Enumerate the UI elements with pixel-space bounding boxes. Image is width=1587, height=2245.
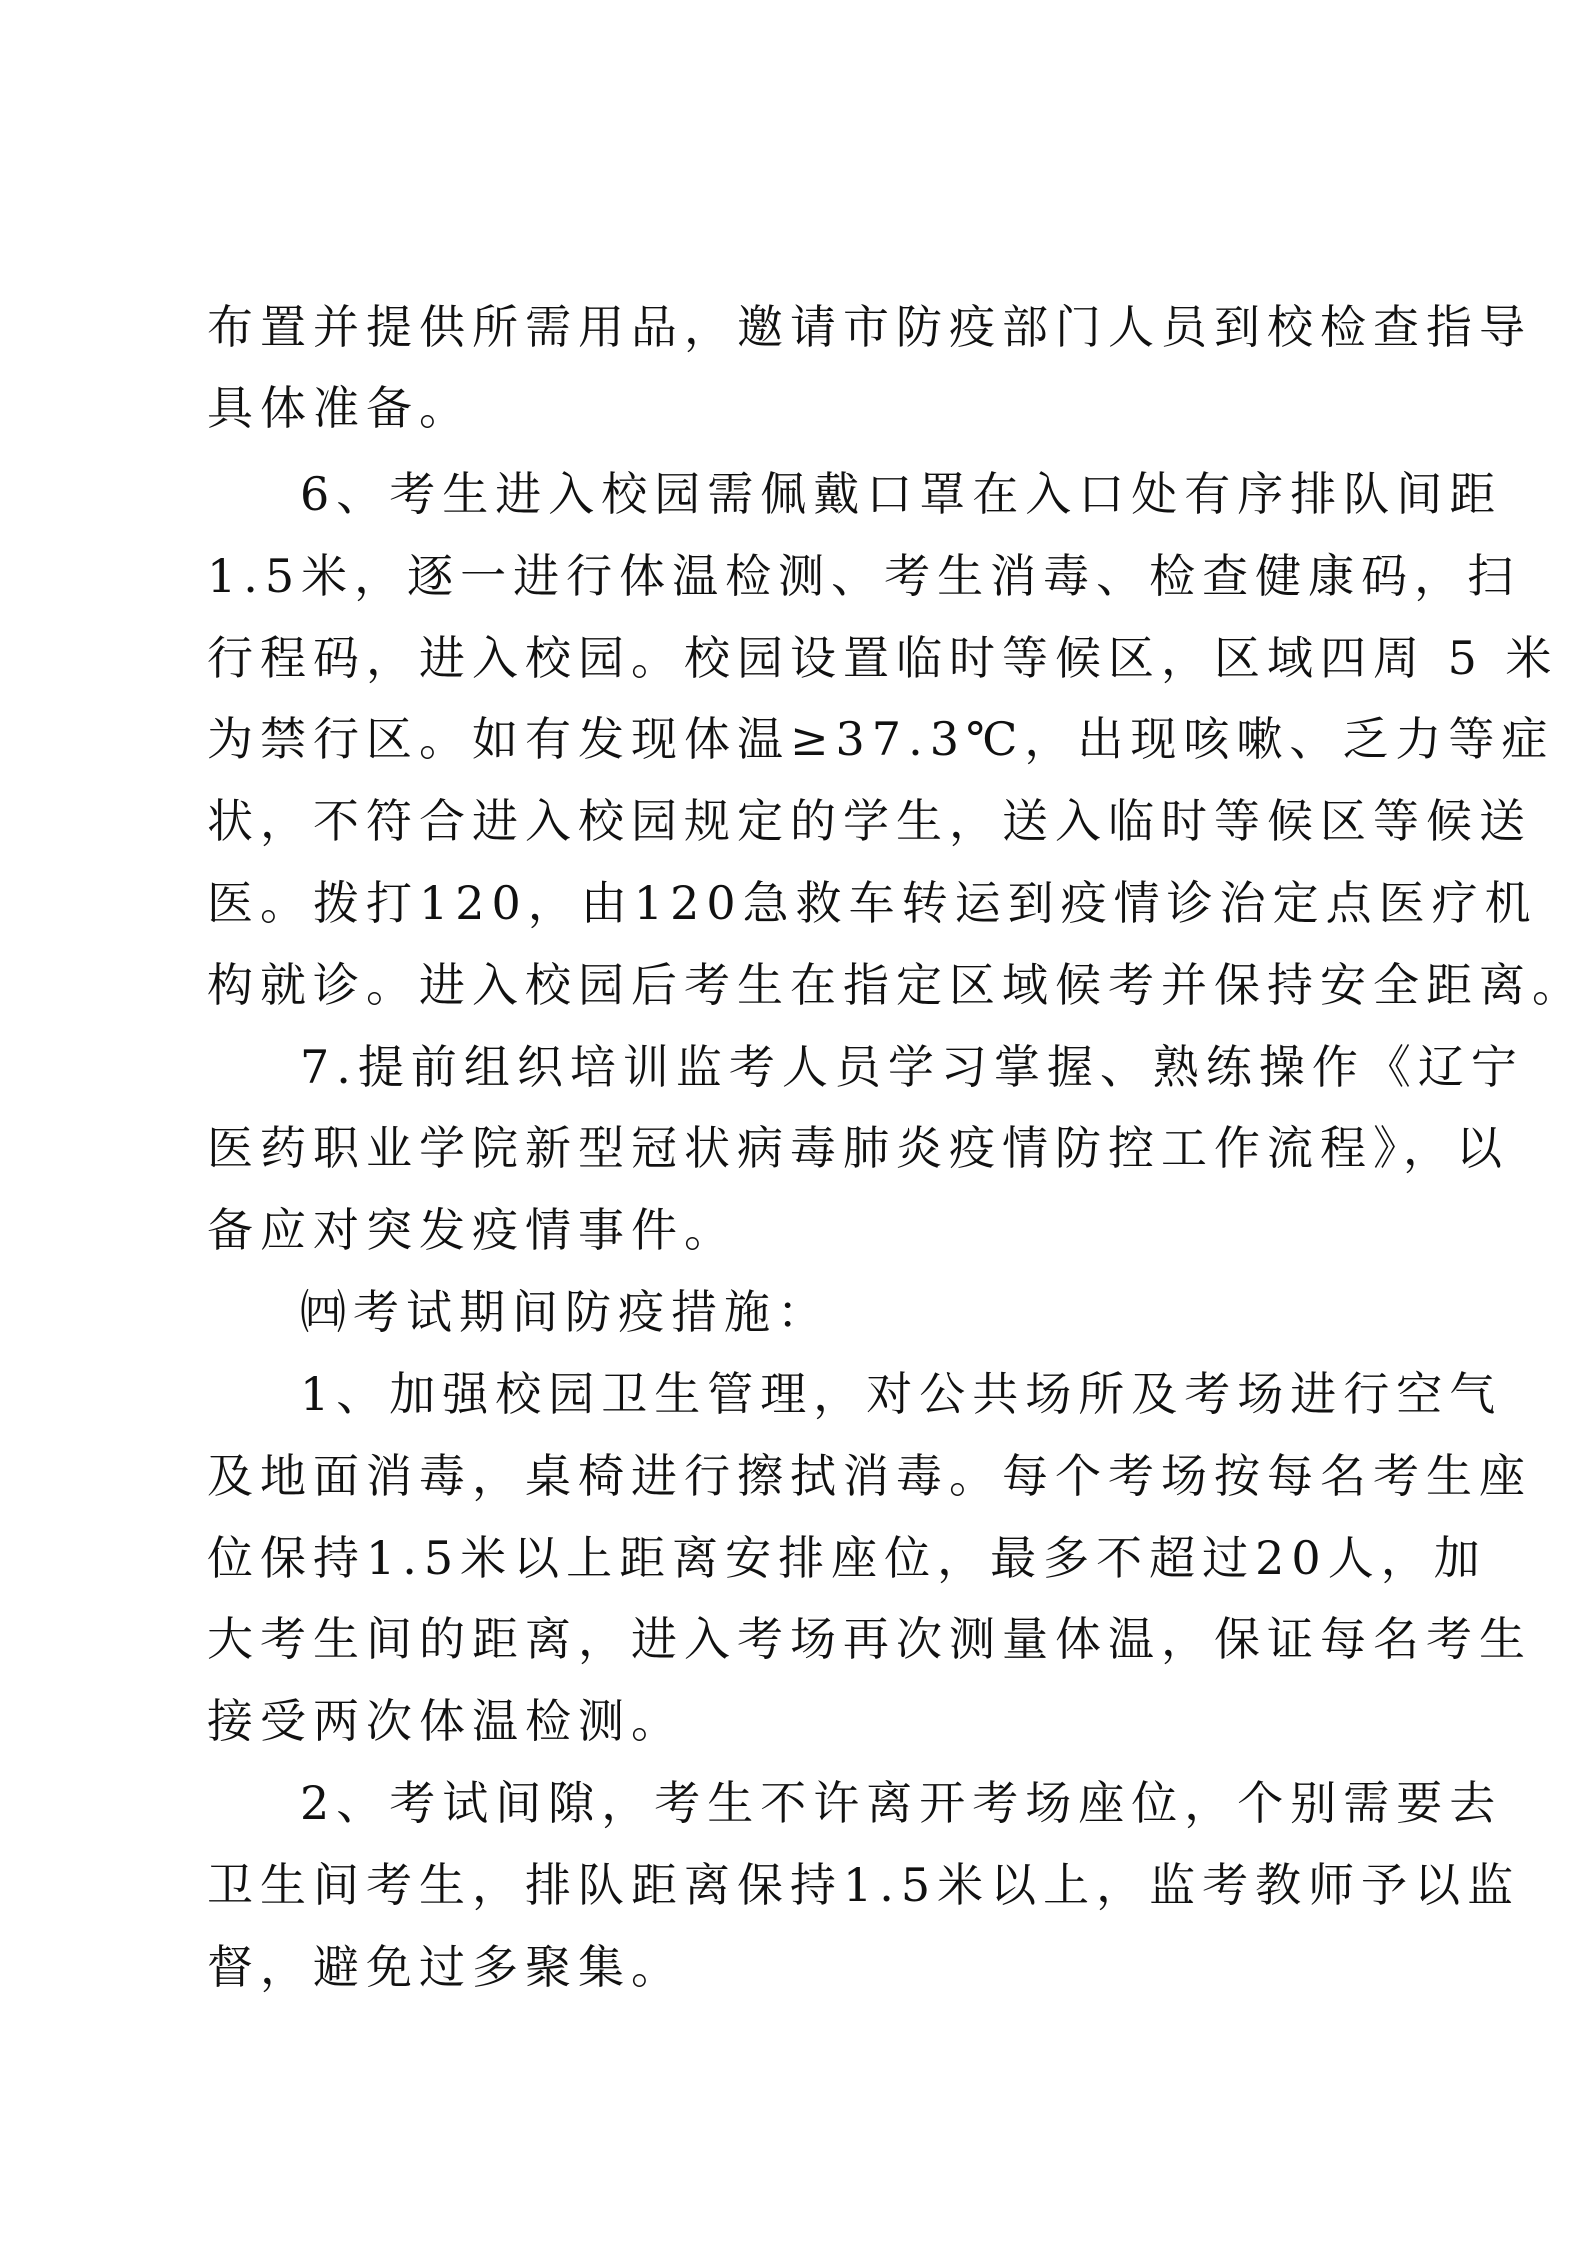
text-line: 1.5米，逐一进行体温检测、考生消毒、检查健康码，扫 — [207, 546, 1357, 606]
text-line: 构就诊。进入校园后考生在指定区域候考并保持安全距离。 — [207, 955, 1357, 1015]
document-page: 布置并提供所需用品，邀请市防疫部门人员到校检查指导 具体准备。 6、考生进入校园… — [0, 0, 1587, 2245]
text-line: 医药职业学院新型冠状病毒肺炎疫情防控工作流程》，以 — [207, 1118, 1357, 1178]
text-line: 具体准备。 — [207, 378, 1357, 438]
text-line: 状，不符合进入校园规定的学生，送入临时等候区等候送 — [207, 791, 1357, 851]
text-line: 行程码，进入校园。校园设置临时等候区，区域四周 5 米 — [207, 628, 1357, 688]
paragraph-start: 2、考试间隙，考生不许离开考场座位，个别需要去 — [300, 1773, 1357, 1833]
text-line: 卫生间考生，排队距离保持1.5米以上，监考教师予以监 — [207, 1855, 1357, 1915]
text-line: 备应对突发疫情事件。 — [207, 1200, 1357, 1260]
text-line: 接受两次体温检测。 — [207, 1691, 1357, 1751]
text-line: 大考生间的距离，进入考场再次测量体温，保证每名考生 — [207, 1609, 1357, 1669]
text-line: 为禁行区。如有发现体温≥37.3℃，出现咳嗽、乏力等症 — [207, 709, 1357, 769]
paragraph-start: 6、考生进入校园需佩戴口罩在入口处有序排队间距 — [300, 464, 1357, 524]
paragraph-start: 1、加强校园卫生管理，对公共场所及考场进行空气 — [300, 1364, 1357, 1424]
paragraph-start: 7.提前组织培训监考人员学习掌握、熟练操作《辽宁 — [300, 1037, 1357, 1097]
text-line: 医。拨打120，由120急救车转运到疫情诊治定点医疗机 — [207, 873, 1357, 933]
text-line: 位保持1.5米以上距离安排座位，最多不超过20人，加 — [207, 1528, 1357, 1588]
text-line: 及地面消毒，桌椅进行擦拭消毒。每个考场按每名考生座 — [207, 1446, 1357, 1506]
text-line: 布置并提供所需用品，邀请市防疫部门人员到校检查指导 — [207, 297, 1357, 357]
text-line: 督，避免过多聚集。 — [207, 1937, 1357, 1997]
section-heading: ㈣考试期间防疫措施： — [300, 1282, 1357, 1342]
